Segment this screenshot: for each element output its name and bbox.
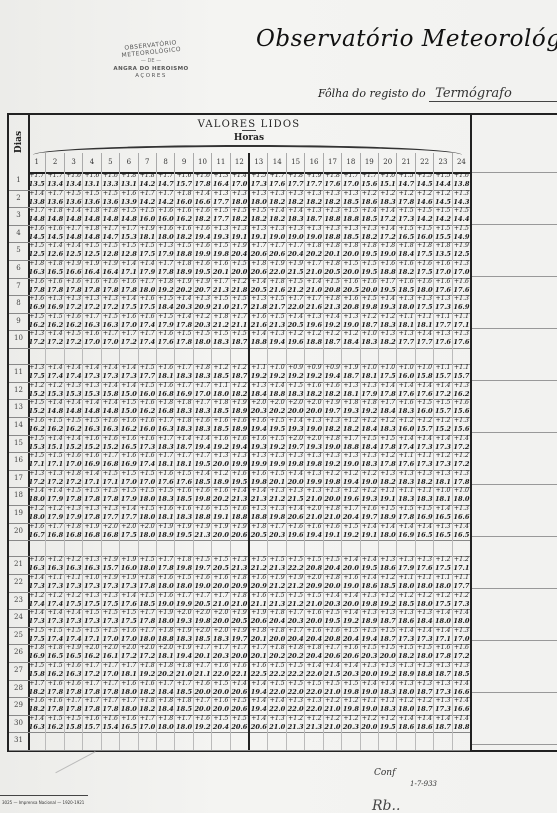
correction-value: +1.6 [28,556,45,564]
temperature-reading: 20.0 [361,723,378,731]
temperature-reading: 17.3 [397,635,414,643]
correction-value: +1.4 [28,609,45,617]
reading-cell: +1.416.5 [434,505,452,523]
reading-cell: +1.616.0 [157,207,175,225]
temperature-reading: 14.9 [453,233,470,241]
reading-cell: +2.017.5 [120,523,138,541]
temperature-reading: 21.2 [268,495,285,503]
temperature-reading: 20.0 [268,635,285,643]
reading-cell: +1.717.0 [194,382,212,400]
correction-value: +1.9 [287,260,304,268]
temperature-reading: 17.2 [453,652,470,660]
correction-value: +1.6 [305,382,322,390]
temperature-reading: 19.5 [194,268,211,276]
reading-cell: +1.318.7 [379,609,397,627]
reading-cell: +1.319.0 [305,417,323,435]
temperature-reading: 20.6 [342,652,359,660]
reading-cell: +1.618.9 [231,417,250,435]
reading-cell: +1.420.6 [287,505,305,523]
reading-cell: +1.320.0 [212,452,230,470]
reading-cell: +1.816.3 [28,260,46,278]
correction-value: +1.7 [231,644,248,652]
correction-value: +1.7 [379,278,396,286]
correction-value: +1.6 [342,644,359,652]
reading-cell: +1.318.9 [361,609,379,627]
reading-cell: +1.819.0 [379,242,397,260]
hour-header: 16 [305,153,323,172]
reading-cell: +1.620.6 [342,644,360,662]
reading-cell: +1.719.5 [379,278,397,296]
correction-value: +1.5 [268,435,285,443]
reading-cell: +1.821.2 [212,313,230,331]
correction-value: +1.3 [305,190,322,198]
correction-value: +1.6 [250,592,267,600]
temperature-reading: 22.2 [268,670,285,678]
temperature-reading: 20.9 [231,582,248,590]
temperature-reading: 18.3 [397,495,414,503]
reading-cell [175,348,193,364]
correction-value: +1.8 [434,242,451,250]
reading-cell: +1.516.3 [83,417,101,435]
correction-value: +1.9 [102,574,119,582]
reading-cell: +1.218.2 [342,417,360,435]
correction-value: +1.9 [324,399,341,407]
reading-cell [287,732,305,750]
correction-value: +1.3 [46,470,63,478]
reading-cell: +1.418.8 [268,382,286,400]
temperature-reading: 19.9 [194,250,211,258]
reading-cell: +1.820.5 [324,260,342,278]
correction-value: +1.5 [65,715,82,723]
correction-value: +1.4 [250,680,267,688]
reading-cell: +1.417.3 [434,435,452,453]
temperature-reading: 14.2 [139,180,156,188]
temperature-reading: 18.3 [194,372,211,380]
reading-cell: +1.318.2 [324,417,342,435]
temperature-reading: 13.5 [434,250,451,258]
correction-value: +1.7 [175,452,192,460]
correction-value: +1.7 [139,190,156,198]
reading-cell [120,348,138,364]
reading-cell: +1.118.1 [397,313,415,331]
reading-cell: +1.620.4 [305,627,323,645]
reading-cell: +1.217.9 [46,505,64,523]
correction-value: +1.3 [361,382,378,390]
correction-value: +1.6 [194,487,211,495]
temperature-reading: 15.3 [120,233,137,241]
temperature-reading: 20.5 [287,321,304,329]
day-number: 9 [9,313,28,331]
temperature-reading: 16.0 [397,425,414,433]
reading-cell: +1.414.8 [83,399,101,417]
reading-cell: +1.218.6 [361,190,379,208]
temperature-reading: 18.9 [231,425,248,433]
correction-value: +1.7 [379,399,396,407]
temperature-reading: 17.8 [102,286,119,294]
correction-value: +1.7 [120,697,137,705]
temperature-reading: 16.2 [453,390,470,398]
reading-cell [194,348,212,364]
correction-value: +1.3 [416,556,433,564]
reading-cell: +1.517.9 [120,487,138,505]
reading-cell [102,540,120,556]
temperature-reading: 19.8 [268,513,285,521]
correction-value: +1.4 [250,715,267,723]
temperature-reading: 13.8 [453,180,470,188]
reading-cell: +1.618.5 [397,278,415,296]
reading-cell: +1.521.2 [287,592,305,610]
temperature-reading: 18.5 [342,198,359,206]
correction-value: +1.3 [434,295,451,303]
reading-cell: +1.419.4 [250,697,268,715]
correction-value: +1.5 [342,523,359,531]
temperature-reading: 17.3 [83,372,100,380]
temperature-reading: 17.9 [397,564,414,572]
temperature-reading: 20.1 [250,652,267,660]
temperature-reading: 16.5 [416,531,433,539]
reading-cell: +1.518.0 [416,644,434,662]
reading-cell: +1.517.4 [65,627,83,645]
reading-cell: +1.318.0 [397,680,415,698]
temperature-reading: 18.6 [416,723,433,731]
reading-cell: +1.315.3 [83,382,101,400]
day-number: 19 [9,505,28,523]
reading-cell: +1.616.5 [120,435,138,453]
temperature-reading: 14.8 [83,233,100,241]
temperature-reading: 20.2 [175,286,192,294]
reading-cell: +1.415.1 [46,435,64,453]
temperature-reading: 15.2 [28,390,45,398]
printer-imprint: 3025 — Imprensa Nacional — 1920-1921 [2,800,84,805]
reading-cell: +2.020.0 [305,399,323,417]
reading-cell: +1.713.4 [46,172,64,190]
temperature-reading: 20.6 [250,250,267,258]
reading-cell: +1.819.8 [175,556,193,574]
correction-value: +1.5 [28,242,45,250]
correction-value: +1.5 [65,330,82,338]
temperature-reading: 17.3 [120,582,137,590]
temperature-reading: 16.8 [46,531,63,539]
reading-cell: +1.417.3 [28,609,46,627]
reading-cell: +1.718.1 [157,452,175,470]
temperature-reading: 20.3 [287,617,304,625]
correction-value: +1.4 [453,697,470,705]
reading-cell: +1.317.9 [397,556,415,574]
reading-cell: +1.515.8 [28,662,46,680]
reading-cell: +1.217.1 [453,556,470,574]
temperature-reading: 19.9 [231,460,248,468]
reading-cell: +1.517.3 [397,207,415,225]
temperature-reading: 17.7 [416,338,433,346]
correction-value: +1.6 [139,295,156,303]
correction-value: +1.4 [397,523,414,531]
correction-value: +1.3 [305,313,322,321]
reading-cell: +1.717.8 [83,697,101,715]
correction-value: +1.7 [46,190,63,198]
correction-value: +1.1 [434,313,451,321]
temperature-reading: 18.4 [361,425,378,433]
temperature-reading: 18.3 [397,407,414,415]
correction-value: +1.4 [175,313,192,321]
temperature-reading: 19.5 [361,564,378,572]
temperature-reading: 14.5 [46,233,63,241]
reading-cell: +1.317.7 [397,330,415,348]
temperature-reading: 15.7 [416,425,433,433]
temperature-reading: 19.1 [212,513,229,521]
temperature-reading: 20.3 [342,670,359,678]
reading-cell: +1.516.0 [416,225,434,243]
temperature-reading: 18.5 [397,286,414,294]
correction-value: +1.7 [28,680,45,688]
reading-cell: +1.819.2 [139,662,157,680]
day-number: 16 [9,452,28,470]
correction-value: +1.5 [139,242,156,250]
reading-cell [379,348,397,364]
temperature-reading: 16.2 [46,425,63,433]
reading-cell: +1.221.8 [231,278,250,296]
reading-cell: +1.520.8 [305,556,323,574]
correction-value: +1.6 [65,313,82,321]
reading-cell: +1.615.6 [453,399,470,417]
reading-cell [212,540,230,556]
correction-value: +1.5 [379,644,396,652]
reading-cell: +1.718.4 [157,680,175,698]
temperature-reading: 18.0 [28,495,45,503]
temperature-reading: 20.4 [324,564,341,572]
correction-value: +1.8 [175,260,192,268]
temperature-reading: 16.9 [28,303,45,311]
table-row: 10+1.317.2+1.417.2+1.517.2+1.617.0+1.717… [9,330,470,349]
reading-cell: +1.514.7 [397,172,415,190]
temperature-reading: 20.0 [342,250,359,258]
correction-value: +1.5 [139,207,156,215]
temperature-reading: 18.2 [361,233,378,241]
correction-value: +1.6 [157,382,174,390]
temperature-reading: 17.0 [139,723,156,731]
reading-cell: +1.514.2 [416,207,434,225]
reading-cell: +1.718.1 [175,452,193,470]
correction-value: +1.6 [342,295,359,303]
correction-value: +1.3 [453,505,470,513]
reading-cell: +1.118.3 [397,487,415,505]
reading-cell: +1.417.1 [83,470,101,488]
reading-cell: +1.718.1 [120,662,138,680]
correction-value: +1.5 [324,278,341,286]
correction-value: +1.8 [342,242,359,250]
temperature-reading: 17.6 [268,180,285,188]
reading-cell: +1.219.5 [379,715,397,733]
temperature-reading: 22.0 [268,705,285,713]
temperature-reading: 18.2 [305,390,322,398]
correction-value: +1.7 [120,225,137,233]
temperature-reading: 16.3 [28,268,45,276]
correction-value: +1.9 [453,242,470,250]
correction-value: +2.0 [287,435,304,443]
signature: Rb.. [372,798,400,813]
day-number: 30 [9,715,28,733]
correction-value: +1.3 [397,470,414,478]
reading-cell: +1.919.4 [175,644,193,662]
temperature-reading: 18.3 [194,407,211,415]
reading-cell: +1.517.3 [102,609,120,627]
reading-cell: +1.516.5 [397,225,415,243]
correction-value: +1.5 [28,435,45,443]
temperature-reading: 14.4 [453,215,470,223]
correction-value: +1.5 [65,417,82,425]
correction-value: +1.6 [342,574,359,582]
correction-value: +1.5 [268,470,285,478]
reading-cell: +1.217.4 [28,592,46,610]
correction-value: +1.5 [342,627,359,635]
correction-value: +1.5 [194,556,211,564]
correction-value: +1.5 [102,627,119,635]
reading-cell: +1.616.8 [157,382,175,400]
temperature-reading: 18.2 [139,688,156,696]
reading-cell: +1.521.7 [231,295,250,313]
correction-value: +1.8 [324,505,341,513]
reading-cell: +1.620.9 [250,574,268,592]
temperature-reading: 18.5 [361,215,378,223]
reading-cell: +1.616.3 [65,662,83,680]
correction-value: +1.5 [416,505,433,513]
reading-cell: +1.521.3 [268,313,286,331]
temperature-reading: 20.2 [157,670,174,678]
correction-value: +1.5 [102,313,119,321]
correction-value: +1.1 [46,574,63,582]
reading-cell: +1.918.0 [157,609,175,627]
correction-value: +1.5 [120,399,137,407]
reading-cell: +1.819.3 [342,399,360,417]
hour-header: 17 [324,153,342,172]
temperature-reading: 17.3 [83,617,100,625]
reading-cell: +1.420.3 [324,592,342,610]
reading-cell: +1.718.8 [342,435,360,453]
temperature-reading: 19.8 [212,250,229,258]
temperature-reading: 18.4 [379,407,396,415]
reading-cell: +1.321.2 [268,487,286,505]
reading-cell: +1.816.8 [65,523,83,541]
correction-value: +1.5 [361,260,378,268]
correction-value: +1.5 [139,505,156,513]
correction-value: +1.7 [102,452,119,460]
temperature-reading: 18.4 [157,688,174,696]
temperature-reading: 18.1 [434,478,451,486]
reading-cell: +1.621.6 [250,313,268,331]
reading-cell: +1.018.3 [361,330,379,348]
margin-rule [472,640,557,641]
reading-cell: +1.618.5 [175,487,193,505]
temperature-reading: 18.8 [231,513,248,521]
correction-value: +1.7 [102,225,119,233]
correction-value: +1.6 [231,662,248,670]
temperature-reading: 16.1 [102,652,119,660]
reading-cell: +1.512.8 [102,242,120,260]
reading-cell: +1.918.7 [342,364,360,382]
reading-cell: +1.820.5 [250,523,268,541]
temperature-reading: 17.2 [102,303,119,311]
correction-value: +1.3 [268,505,285,513]
correction-value: +1.9 [175,627,192,635]
reading-cell: +1.714.2 [139,190,157,208]
temperature-reading: 19.8 [175,564,192,572]
temperature-reading: 16.0 [157,215,174,223]
correction-value: +1.6 [139,399,156,407]
temperature-reading: 17.4 [139,338,156,346]
reading-cell: +1.319.0 [342,313,360,331]
table-row: 27+1.515.8+1.516.2+1.616.3+1.717.2+1.717… [9,662,470,681]
correction-value: +1.8 [194,364,211,372]
reading-cell: +1.821.0 [324,505,342,523]
reading-cell: +1.419.3 [379,295,397,313]
temperature-reading: 17.1 [453,321,470,329]
temperature-reading: 15.5 [434,233,451,241]
correction-value: +1.9 [250,609,267,617]
reading-cell: +1.317.2 [102,295,120,313]
reading-cell: +1.617.8 [83,278,101,296]
temperature-reading: 17.0 [194,390,211,398]
temperature-reading: 19.2 [305,372,322,380]
temperature-reading: 18.0 [139,286,156,294]
correction-value: +1.6 [28,697,45,705]
correction-value: +1.4 [379,207,396,215]
temperature-reading: 20.1 [194,652,211,660]
correction-value: +1.6 [194,417,211,425]
reading-cell: +1.521.3 [268,556,286,574]
temperature-reading: 18.3 [157,443,174,451]
correction-value: +1.5 [231,295,248,303]
temperature-reading: 18.8 [324,233,341,241]
reading-cell: +1.616.7 [28,523,46,541]
conference-mark: Conf [374,768,395,778]
temperature-reading: 17.5 [416,250,433,258]
temperature-reading: 17.3 [102,582,119,590]
reading-cell: +1.518.2 [397,644,415,662]
temperature-reading: 19.6 [342,495,359,503]
temperature-reading: 18.0 [157,723,174,731]
correction-value: +1.2 [434,190,451,198]
correction-value: +1.4 [342,662,359,670]
correction-value: +1.7 [194,662,211,670]
correction-value: +1.6 [379,260,396,268]
correction-value: +1.6 [102,435,119,443]
correction-value: +1.2 [379,417,396,425]
temperature-reading: 18.8 [416,670,433,678]
temperature-reading: 17.2 [46,478,63,486]
correction-value: +1.2 [453,592,470,600]
correction-value: +1.6 [212,417,229,425]
correction-value: +1.3 [305,470,322,478]
correction-value: +1.2 [434,452,451,460]
day-number [9,540,28,556]
temperature-reading: 18.8 [194,513,211,521]
reading-cell: +1.519.2 [342,523,360,541]
reading-cell: +1.318.2 [416,470,434,488]
temperature-reading: 17.3 [416,460,433,468]
reading-cell: +1.219.8 [324,470,342,488]
reading-cell: +1.018.0 [453,487,470,505]
reading-cell [120,732,138,750]
correction-value: +1.3 [397,295,414,303]
correction-value: +1.3 [212,190,229,198]
reading-cell: +1.317.5 [28,364,46,382]
correction-value: +1.7 [120,330,137,338]
correction-value: +1.3 [250,382,267,390]
reading-cell: +1.619.5 [231,470,250,488]
temperature-reading: 22.1 [231,670,248,678]
reading-cell [231,732,250,750]
correction-value: +1.3 [397,330,414,338]
correction-value: +1.3 [379,609,396,617]
